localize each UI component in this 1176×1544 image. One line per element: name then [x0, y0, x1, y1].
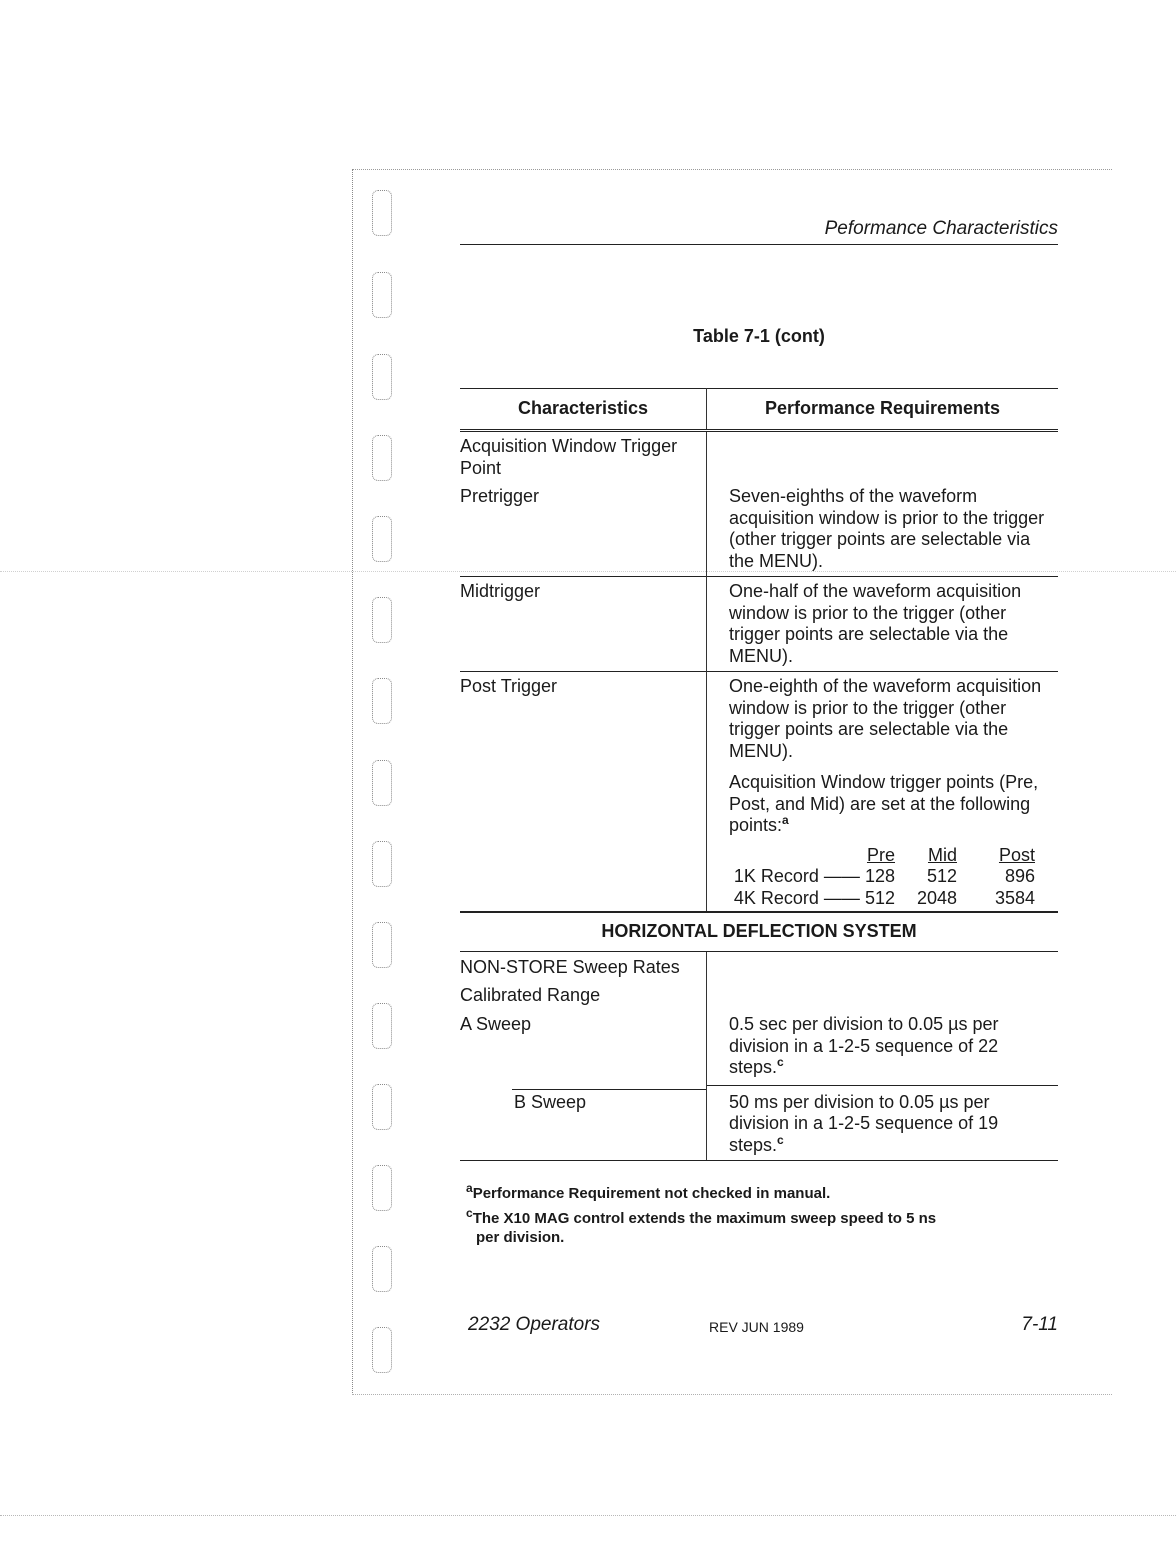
- spec-table: Characteristics Performance Requirements…: [460, 388, 1058, 1161]
- row-requirement: Seven-eighths of the waveform acquisitio…: [707, 479, 1059, 577]
- binder-hole-icon: [372, 922, 392, 968]
- row-characteristic: Midtrigger: [460, 577, 707, 672]
- points-value-post: 896: [957, 866, 1035, 888]
- note-text: Acquisition Window trigger points (Pre, …: [729, 772, 1038, 835]
- binder-hole-icon: [372, 190, 392, 236]
- row-requirement: [707, 431, 1059, 480]
- points-row-label: 1K Record ——: [734, 866, 860, 886]
- binder-hole-icon: [372, 516, 392, 562]
- binder-hole-icon: [372, 841, 392, 887]
- trigger-points-note: Acquisition Window trigger points (Pre, …: [729, 772, 1050, 837]
- table-row: A Sweep 0.5 sec per division to 0.05 µs …: [460, 1006, 1058, 1085]
- points-row-4k: 4K Record —— 512: [723, 888, 895, 910]
- binder-hole-icon: [372, 354, 392, 400]
- footnote-ref: c: [777, 1133, 784, 1147]
- row-characteristic: Calibrated Range: [460, 979, 707, 1007]
- binder-hole-icon: [372, 597, 392, 643]
- trigger-points-table: Pre Mid Post 1K Record —— 128 512 896 4K…: [723, 845, 1050, 910]
- table-header-row: Characteristics Performance Requirements: [460, 389, 1058, 431]
- points-value-pre: 128: [865, 866, 895, 886]
- footnotes: aPerformance Requirement not checked in …: [466, 1184, 1056, 1253]
- binder-hole-icon: [372, 1165, 392, 1211]
- column-header-characteristics: Characteristics: [460, 389, 707, 431]
- requirement-text: 50 ms per division to 0.05 µs per divisi…: [729, 1092, 998, 1155]
- row-characteristic: A Sweep: [460, 1006, 707, 1085]
- page-frame-bottom: [352, 1394, 1112, 1395]
- section-heading: HORIZONTAL DEFLECTION SYSTEM: [460, 912, 1058, 952]
- scan-line: [0, 1515, 1176, 1516]
- post-trigger-description: One-eighth of the waveform acquisition w…: [729, 676, 1050, 762]
- row-requirement: [707, 979, 1059, 1007]
- revision-date: REV JUN 1989: [709, 1319, 804, 1335]
- binder-hole-icon: [372, 1084, 392, 1130]
- binder-hole-icon: [372, 1327, 392, 1373]
- table-row: Midtrigger One-half of the waveform acqu…: [460, 577, 1058, 672]
- manual-name: 2232 Operators: [468, 1314, 600, 1336]
- table-row: Acquisition Window Trigger Point: [460, 431, 1058, 480]
- points-header-pre: Pre: [723, 845, 895, 867]
- page-footer: 2232 Operators REV JUN 1989 7-11: [468, 1314, 1058, 1340]
- binder-hole-icon: [372, 760, 392, 806]
- row-characteristic: B Sweep: [460, 1085, 707, 1161]
- footnote-mark: a: [466, 1181, 473, 1195]
- points-value-post: 3584: [957, 888, 1035, 910]
- page-frame-left: [352, 169, 353, 1395]
- row-requirement: 50 ms per division to 0.05 µs per divisi…: [707, 1085, 1059, 1161]
- points-value-mid: 2048: [895, 888, 957, 910]
- table-row: Pretrigger Seven-eighths of the waveform…: [460, 479, 1058, 577]
- table-row: NON-STORE Sweep Rates: [460, 952, 1058, 979]
- column-header-requirements: Performance Requirements: [707, 389, 1059, 431]
- footnote-c: cThe X10 MAG control extends the maximum…: [466, 1209, 1056, 1247]
- points-row-label: 4K Record ——: [734, 888, 860, 908]
- row-characteristic: NON-STORE Sweep Rates: [460, 952, 707, 979]
- page-number: 7-11: [1021, 1314, 1058, 1336]
- row-requirement: 0.5 sec per division to 0.05 µs per divi…: [707, 1006, 1059, 1085]
- binder-hole-icon: [372, 1246, 392, 1292]
- footnote-text: The X10 MAG control extends the maximum …: [473, 1210, 936, 1227]
- points-value-mid: 512: [895, 866, 957, 888]
- footnote-a: aPerformance Requirement not checked in …: [466, 1184, 1056, 1203]
- running-header: Peformance Characteristics: [460, 218, 1058, 245]
- footnote-ref: a: [782, 813, 789, 827]
- page-frame-top: [352, 169, 1112, 170]
- row-requirement: One-eighth of the waveform acquisition w…: [707, 672, 1059, 913]
- row-characteristic: Acquisition Window Trigger Point: [460, 431, 707, 480]
- points-header-post: Post: [957, 845, 1035, 867]
- table-row: B Sweep 50 ms per division to 0.05 µs pe…: [460, 1085, 1058, 1161]
- binder-hole-icon: [372, 678, 392, 724]
- section-heading-row: HORIZONTAL DEFLECTION SYSTEM: [460, 912, 1058, 952]
- table-row: Calibrated Range: [460, 979, 1058, 1007]
- row-requirement: [707, 952, 1059, 979]
- binder-hole-icon: [372, 272, 392, 318]
- points-value-pre: 512: [865, 888, 895, 908]
- footnote-text: Performance Requirement not checked in m…: [473, 1185, 831, 1202]
- table-title: Table 7-1 (cont): [460, 326, 1058, 347]
- row-characteristic-label: B Sweep: [512, 1089, 706, 1114]
- table-row: Post Trigger One-eighth of the waveform …: [460, 672, 1058, 913]
- row-characteristic: Post Trigger: [460, 672, 707, 913]
- row-characteristic: Pretrigger: [460, 479, 707, 577]
- binder-hole-icon: [372, 1003, 392, 1049]
- footnote-mark: c: [466, 1206, 473, 1220]
- row-requirement: One-half of the waveform acquisition win…: [707, 577, 1059, 672]
- binder-hole-icon: [372, 435, 392, 481]
- footnote-continuation: per division.: [466, 1229, 564, 1246]
- requirement-text: 0.5 sec per division to 0.05 µs per divi…: [729, 1014, 999, 1077]
- points-row-1k: 1K Record —— 128: [723, 866, 895, 888]
- points-header-mid: Mid: [895, 845, 957, 867]
- footnote-ref: c: [777, 1055, 784, 1069]
